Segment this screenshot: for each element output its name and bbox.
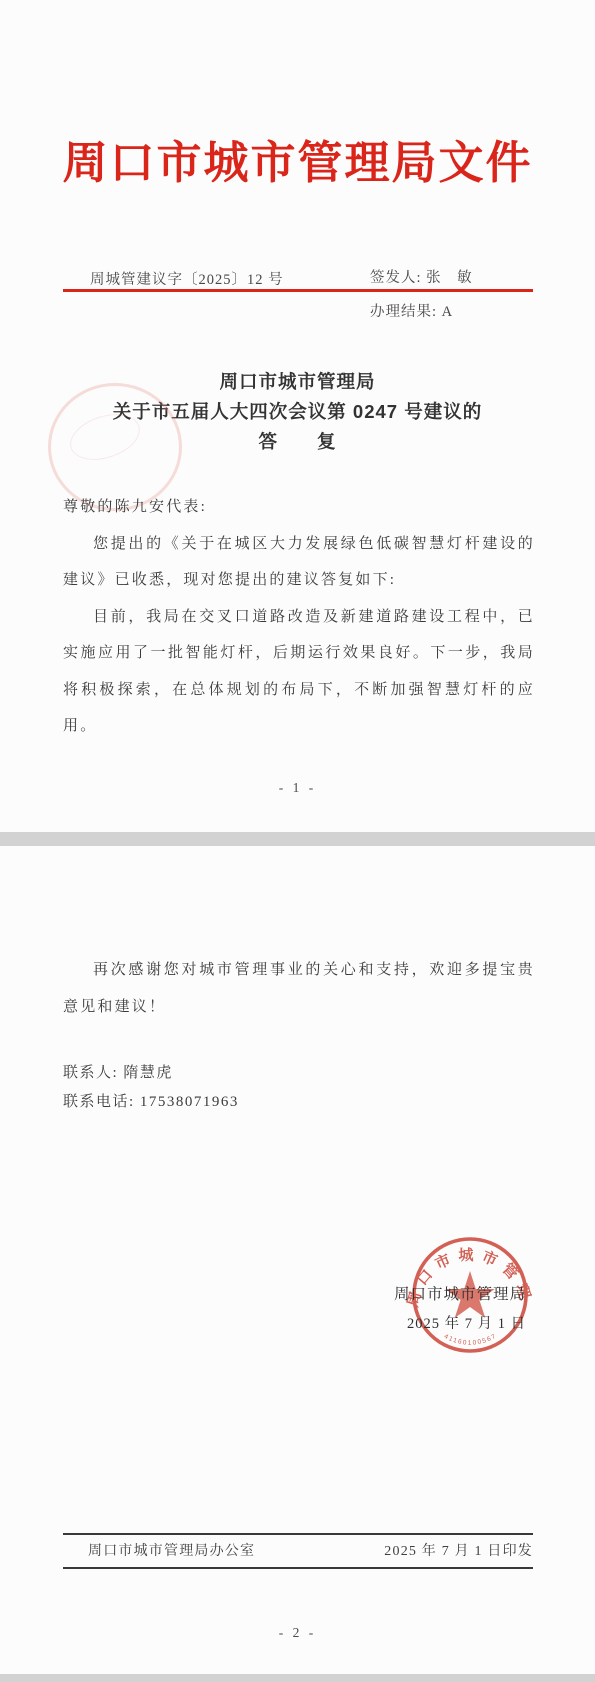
closing-paragraph: 再次感谢您对城市管理事业的关心和支持，欢迎多提宝贵意见和建议！ <box>63 952 535 1026</box>
letter-body: 尊敬的陈九安代表: 您提出的《关于在城区大力发展绿色低碳智慧灯杆建设的建议》已收… <box>63 489 535 745</box>
seal-code: 41160100567 <box>443 1332 498 1346</box>
page-gap <box>0 832 595 846</box>
colophon-rule-bottom <box>63 1567 533 1569</box>
salutation: 尊敬的陈九安代表: <box>63 489 535 526</box>
body-paragraph-1: 您提出的《关于在城区大力发展绿色低碳智慧灯杆建设的建议》已收悉，现对您提出的建议… <box>63 526 535 599</box>
svg-text:41160100567: 41160100567 <box>443 1332 498 1346</box>
issuing-office: 周口市城市管理局办公室 <box>88 1540 255 1560</box>
page-number-2: - 2 - <box>0 1625 595 1641</box>
colophon-rule-top <box>63 1533 533 1535</box>
scanned-document: 周口市城市管理局文件 周城管建议字〔2025〕12 号 签发人: 张 敏 办理结… <box>0 0 595 1682</box>
reference-number: 周城管建议字〔2025〕12 号 <box>90 268 284 289</box>
handling-result: 办理结果: A <box>370 300 453 321</box>
document-letterhead: 周口市城市管理局文件 <box>0 126 595 191</box>
signer-label: 签发人: <box>370 270 426 286</box>
red-divider-rule <box>63 289 533 292</box>
page-2: 再次感谢您对城市管理事业的关心和支持，欢迎多提宝贵意见和建议！ 联系人: 隋慧虎… <box>0 846 595 1674</box>
signing-organization: 周口市城市管理局 <box>394 1282 526 1304</box>
signer-line: 签发人: 张 敏 <box>370 266 473 287</box>
contact-block: 联系人: 隋慧虎 联系电话: 17538071963 <box>63 1059 239 1116</box>
print-date: 2025 年 7 月 1 日印发 <box>384 1540 533 1560</box>
body-paragraph-2: 目前，我局在交叉口道路改造及新建道路建设工程中，已实施应用了一批智能灯杆，后期运… <box>63 599 535 745</box>
page-number-1: - 1 - <box>0 780 595 796</box>
signing-date: 2025 年 7 月 1 日 <box>407 1312 526 1333</box>
contact-phone: 联系电话: 17538071963 <box>63 1088 239 1117</box>
page-1: 周口市城市管理局文件 周城管建议字〔2025〕12 号 签发人: 张 敏 办理结… <box>0 0 595 832</box>
contact-person: 联系人: 隋慧虎 <box>63 1059 239 1088</box>
colophon-row: 周口市城市管理局办公室 2025 年 7 月 1 日印发 <box>63 1540 533 1560</box>
signer-name: 张 敏 <box>426 270 473 286</box>
